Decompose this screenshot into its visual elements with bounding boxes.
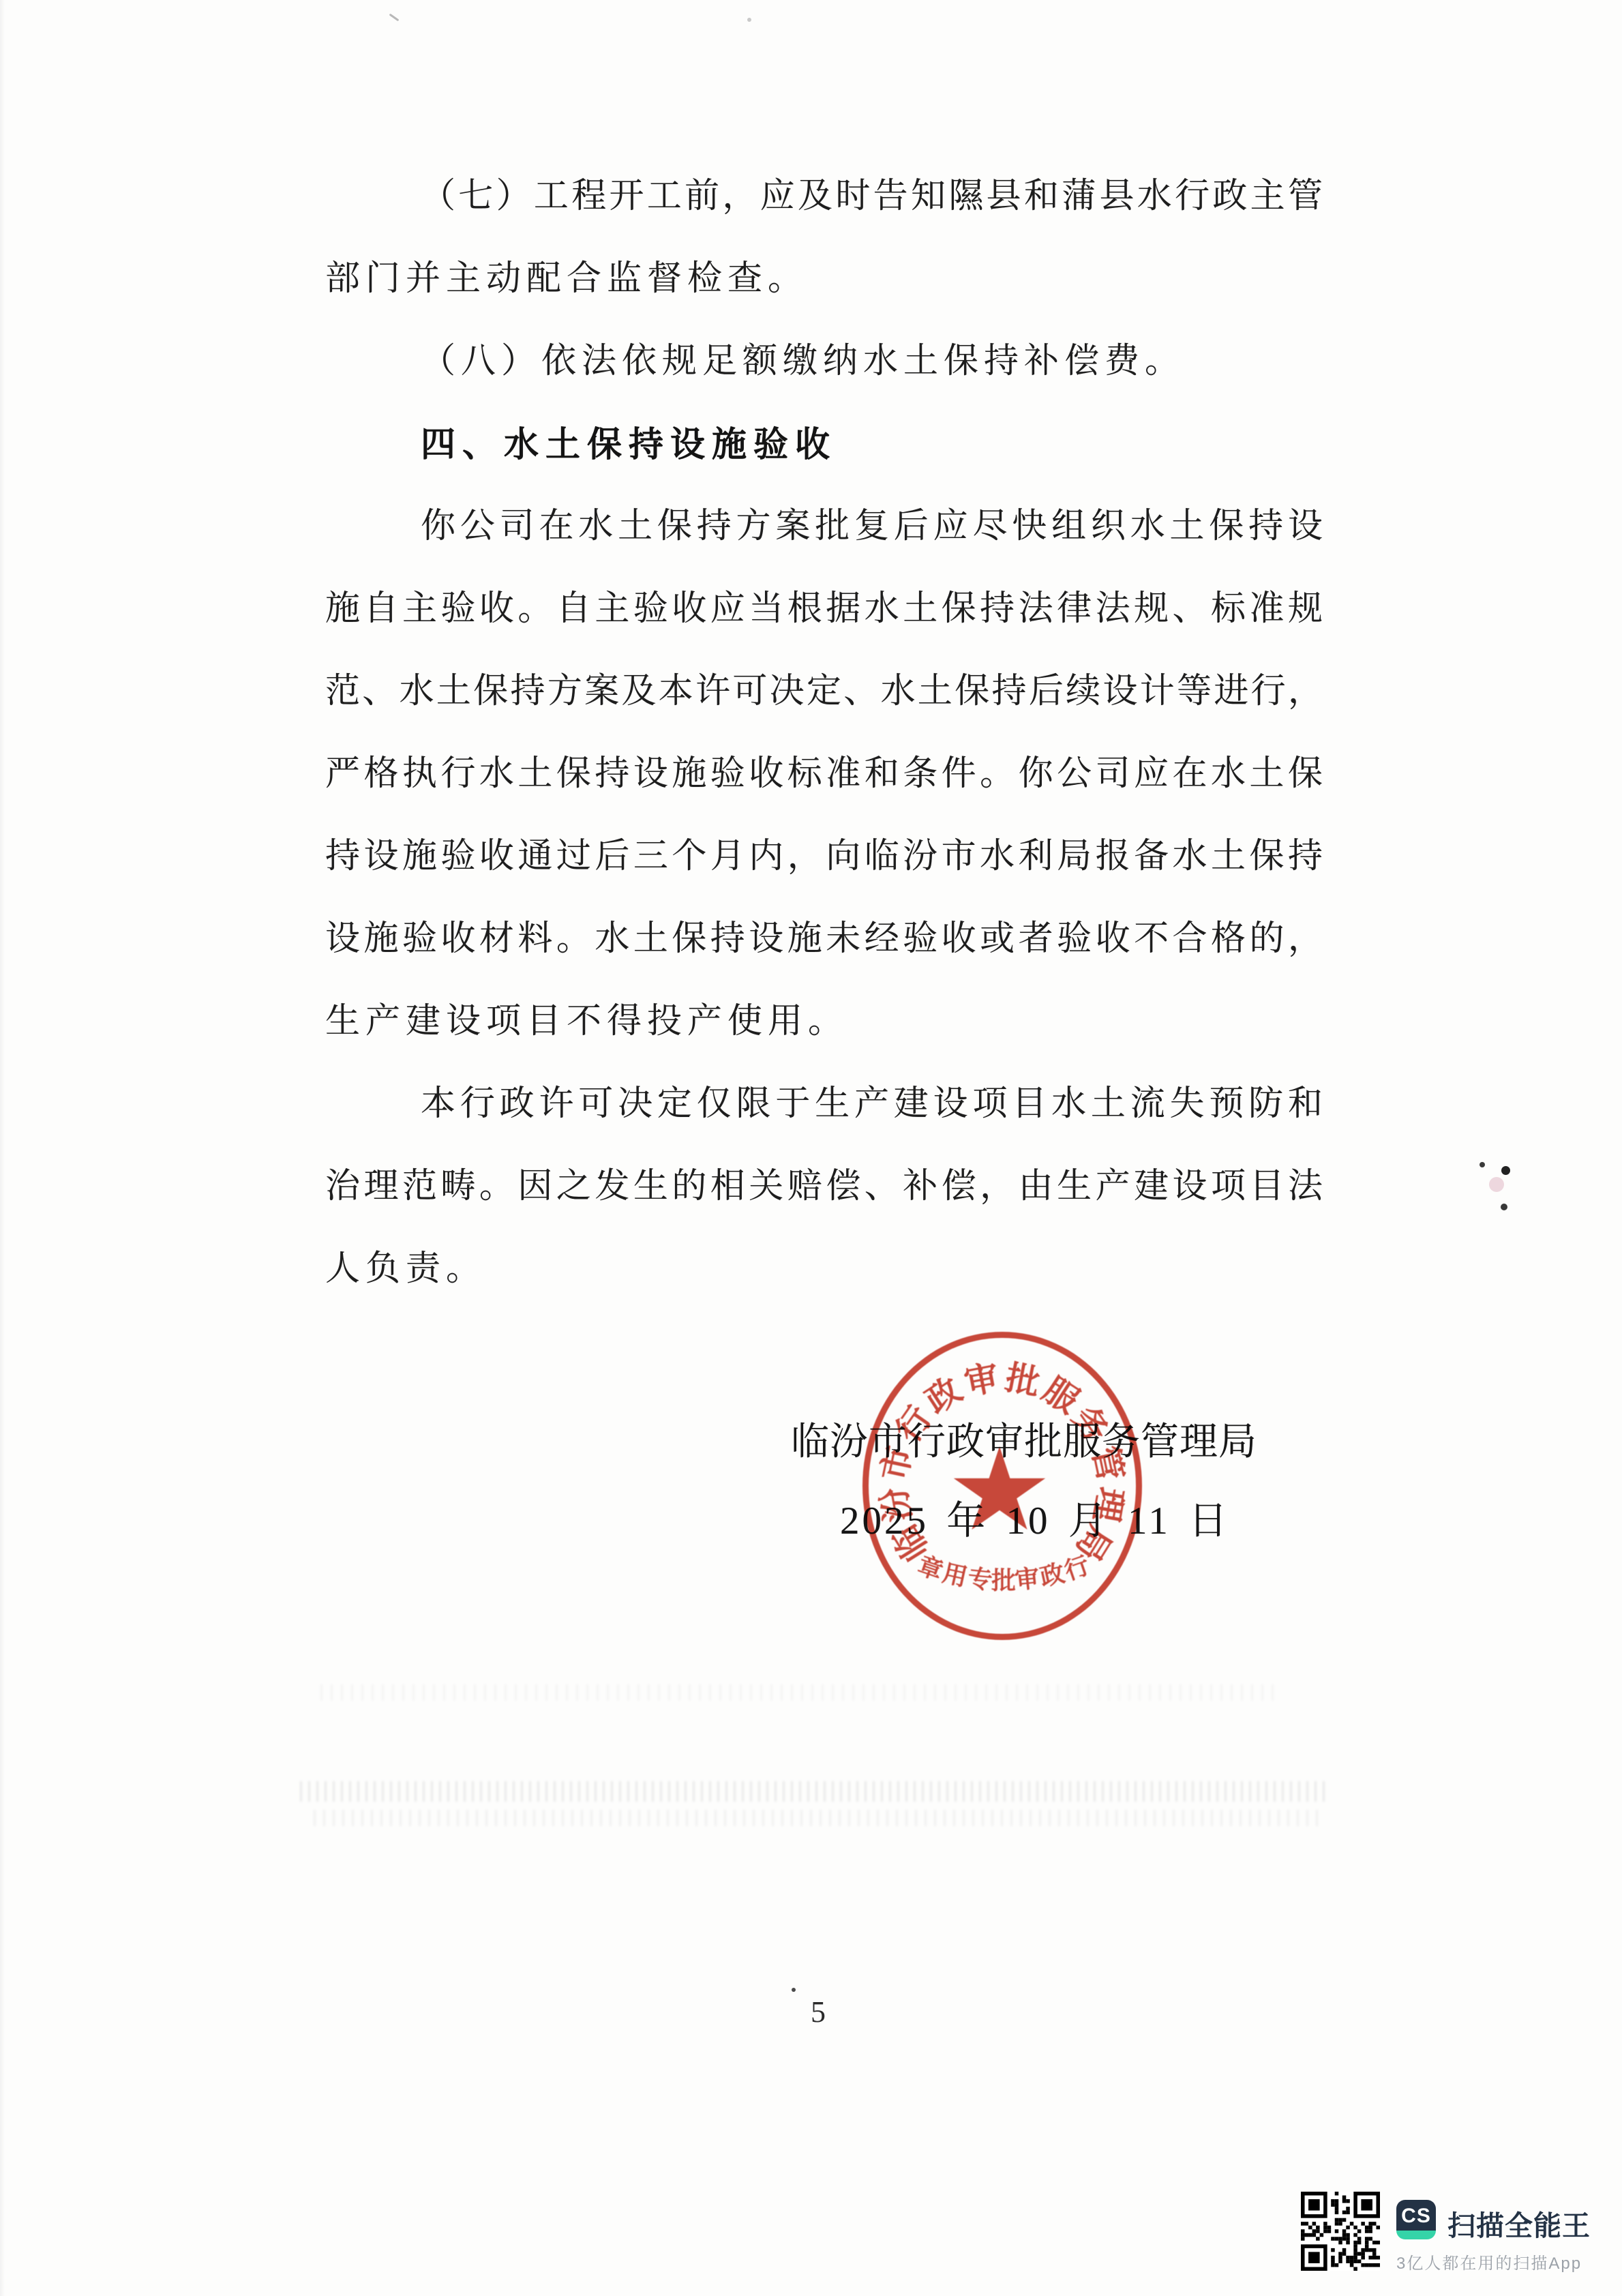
paragraph-line: 严格执行水土保持设施验收标准和条件。你公司应在水土保	[325, 733, 1323, 816]
page-number: 5	[798, 1995, 839, 2029]
paragraph-line: 设施验收材料。水土保持设施未经验收或者验收不合格的，	[325, 898, 1323, 981]
bleed-through-text	[314, 1810, 1323, 1826]
ink-speck	[792, 1988, 796, 1992]
bleed-through-text	[300, 1781, 1330, 1802]
scanner-watermark: CS 扫描全能王 3亿人都在用的扫描App	[1301, 2192, 1601, 2277]
ink-speck	[1501, 1166, 1510, 1175]
section-heading: 四、水土保持设施验收	[325, 403, 1323, 486]
paragraph-line: （八）依法依规足额缴纳水土保持补偿费。	[325, 320, 1323, 403]
ink-speck	[1501, 1204, 1507, 1210]
document-body: （七）工程开工前，应及时告知隰县和蒲县水行政主管 部门并主动配合监督检查。 （八…	[325, 155, 1323, 1311]
ink-smudge	[1489, 1177, 1504, 1192]
ink-speck	[1480, 1162, 1485, 1167]
paragraph-line: 施自主验收。自主验收应当根据水土保持法律法规、标准规	[325, 568, 1323, 651]
qr-code	[1301, 2192, 1380, 2271]
paragraph-line: 你公司在水土保持方案批复后应尽快组织水土保持设	[325, 486, 1323, 568]
bleed-through-text	[320, 1684, 1275, 1701]
scanner-app-tagline: 3亿人都在用的扫描App	[1396, 2250, 1582, 2273]
official-seal: 临 汾 市 行 政 审 批 服 务 管 理 局 行 政 审 批 专 用 章	[862, 1332, 1142, 1640]
paragraph-line: 治理范畴。因之发生的相关赔偿、补偿，由生产建设项目法	[325, 1146, 1323, 1228]
paragraph-line: 人负责。	[325, 1228, 1323, 1311]
scanner-app-name: 扫描全能王	[1447, 2203, 1591, 2243]
ink-speck	[747, 18, 751, 22]
paragraph-line: 本行政许可决定仅限于生产建设项目水土流失预防和	[325, 1063, 1323, 1146]
paragraph-line: 部门并主动配合监督检查。	[325, 238, 1323, 320]
paragraph-line: 持设施验收通过后三个月内，向临汾市水利局报备水土保持	[325, 816, 1323, 898]
paragraph-line: （七）工程开工前，应及时告知隰县和蒲县水行政主管	[325, 155, 1323, 238]
paragraph-line: 范、水土保持方案及本许可决定、水土保持后续设计等进行，	[325, 651, 1323, 733]
camscanner-logo-icon: CS	[1396, 2200, 1436, 2239]
paragraph-line: 生产建设项目不得投产使用。	[325, 981, 1323, 1063]
scanned-document-page: （七）工程开工前，应及时告知隰县和蒲县水行政主管 部门并主动配合监督检查。 （八…	[0, 0, 1622, 2296]
ink-speck	[389, 14, 400, 22]
